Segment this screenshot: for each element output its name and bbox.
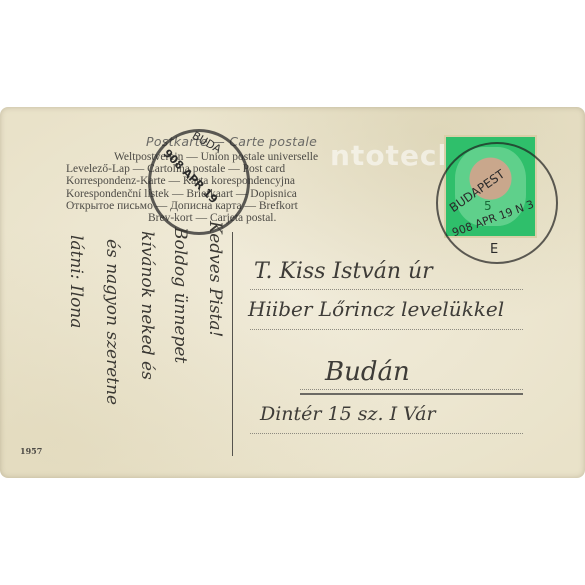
watermark: ntotech [330, 139, 458, 172]
message-line: Kedves Pista! [205, 221, 225, 337]
address-dotted-line [250, 329, 523, 330]
divider-line [232, 232, 233, 456]
postmark-date: 908 APR 19 [161, 147, 220, 206]
message-line: látni: Ilona [66, 235, 86, 328]
postmark-city: BUDA [190, 129, 224, 156]
address-line: Dintér 15 sz. I Vár [260, 403, 436, 425]
address-line: Hiiber Lőrincz levelükkel [248, 297, 504, 321]
address-dotted-line [250, 289, 523, 290]
postmark-right: BUDAPEST 908 APR 19 N 3 E [436, 142, 558, 264]
message-line: kívánok neked és [137, 231, 157, 380]
serial-number: 1957 [20, 446, 42, 456]
postmark-city: BUDAPEST [447, 167, 507, 215]
postmark-letter: E [490, 242, 498, 257]
address-underline [300, 393, 523, 395]
handwritten-message: Kedves Pista! Boldog ünnepet kívánok nek… [40, 215, 230, 465]
address-line: T. Kiss István úr [254, 259, 433, 284]
address-dotted-line [300, 389, 523, 390]
message-line: Boldog ünnepet [170, 227, 190, 363]
message-line: és nagyon szeretne [102, 239, 122, 405]
postcard: Postkarte — Carte postale Weltpostverein… [0, 107, 585, 478]
address-line: Budán [325, 357, 410, 387]
address-dotted-line [250, 433, 523, 434]
